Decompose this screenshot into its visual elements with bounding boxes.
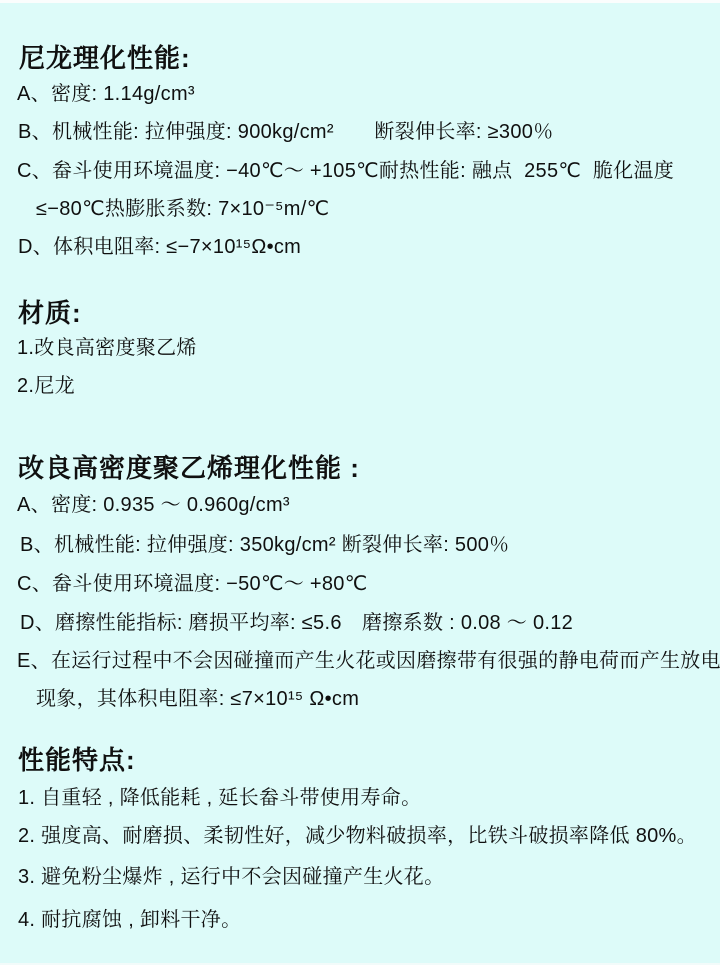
spec-line-mechanical: B、机械性能: 拉伸强度: 900kg/cm² 断裂伸长率: ≥300％ — [18, 115, 554, 144]
spec-line-hdpe-temperature: C、畚斗使用环境温度: −50℃～ +80℃ — [17, 567, 368, 596]
spec-line-hdpe-mechanical: B、机械性能: 拉伸强度: 350kg/cm² 断裂伸长率: 500％ — [20, 528, 509, 557]
spec-line-density: A、密度: 1.14g/cm³ — [17, 77, 195, 106]
top-edge-strip — [0, 0, 720, 3]
section-title-features: 性能特点: — [18, 740, 136, 777]
feature-item-1: 1. 自重轻 , 降低能耗 , 延长畚斗带使用寿命。 — [18, 781, 421, 810]
feature-item-3: 3. 避免粉尘爆炸 , 运行中不会因碰撞产生火花。 — [18, 860, 444, 889]
material-item-hdpe: 1.改良高密度聚乙烯 — [17, 331, 197, 360]
spec-line-thermal-expansion: ≤−80℃热膨胀系数: 7×10⁻⁵m/℃ — [36, 192, 329, 221]
spec-line-temperature: C、畚斗使用环境温度: −40℃～ +105℃耐热性能: 融点 255℃ 脆化温… — [17, 154, 674, 183]
section-title-hdpe-properties: 改良高密度聚乙烯理化性能 : — [18, 448, 360, 485]
feature-item-4: 4. 耐抗腐蚀 , 卸料干净。 — [18, 903, 241, 932]
spec-line-hdpe-antistatic-cont: 现象，其体积电阻率: ≤7×10¹⁵ Ω•cm — [36, 682, 359, 711]
feature-item-2: 2. 强度高、耐磨损、柔韧性好，减少物料破损率，比铁斗破损率降低 80%。 — [18, 819, 697, 848]
section-title-material: 材质: — [18, 293, 82, 330]
material-item-nylon: 2.尼龙 — [17, 369, 75, 398]
spec-line-volume-resistivity: D、体积电阻率: ≤−7×10¹⁵Ω•cm — [18, 230, 301, 259]
spec-line-hdpe-antistatic: E、在运行过程中不会因碰撞而产生火花或因磨擦带有很强的静电荷而产生放电 — [17, 644, 720, 673]
spec-line-hdpe-friction: D、磨擦性能指标: 磨损平均率: ≤5.6 磨擦系数 : 0.08 ～ 0.12 — [20, 606, 573, 635]
spec-line-hdpe-density: A、密度: 0.935 ～ 0.960g/cm³ — [17, 488, 290, 517]
document-page: 尼龙理化性能: A、密度: 1.14g/cm³ B、机械性能: 拉伸强度: 90… — [0, 0, 720, 965]
section-title-nylon-properties: 尼龙理化性能: — [19, 38, 191, 75]
